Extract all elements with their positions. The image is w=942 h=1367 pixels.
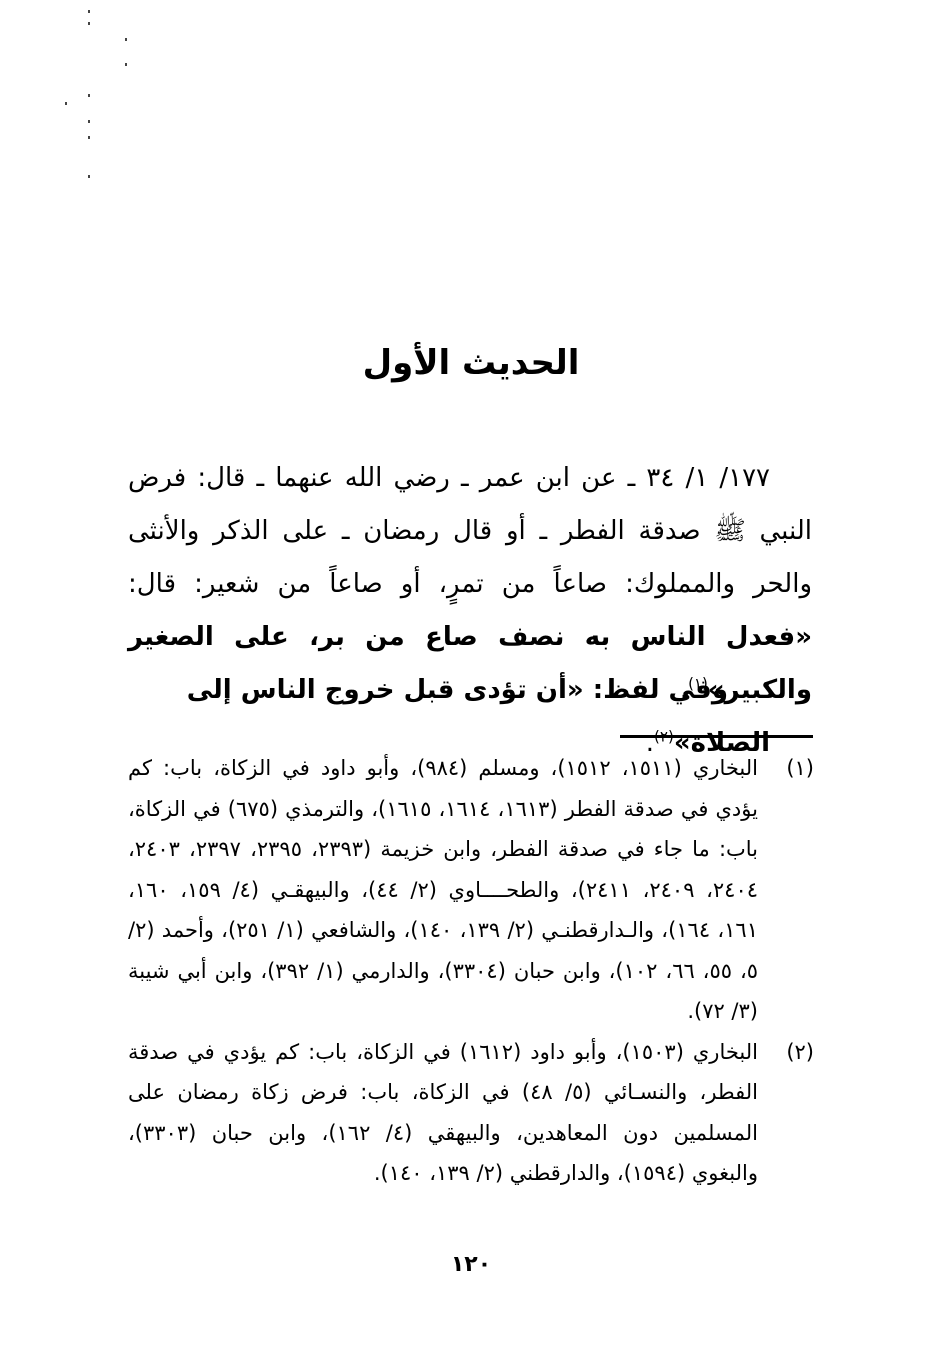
footnote-marker: (١) xyxy=(764,748,814,789)
variant-lead: وفي لفظ: xyxy=(584,675,728,705)
scan-speck xyxy=(88,94,90,97)
scan-speck xyxy=(88,136,90,139)
scan-speck xyxy=(125,38,127,41)
footnote-text: البخاري (١٥٠٣)، وأبو داود (١٦١٢) في الزك… xyxy=(128,1040,758,1186)
footnote-2: (٢) البخاري (١٥٠٣)، وأبو داود (١٦١٢) في … xyxy=(128,1032,814,1194)
scan-speck xyxy=(88,120,90,123)
footnote-1: (١) البخاري (١٥١١، ١٥١٢)، ومسلم (٩٨٤)، و… xyxy=(128,748,814,1032)
book-page: الحديث الأول ١٧٧/ ١/ ٣٤ ـ عن ابن عمر ـ ر… xyxy=(0,0,942,1367)
page-number: ١٢٠ xyxy=(0,1252,942,1277)
hadith-number: ١٧٧/ ١/ ٣٤ xyxy=(646,463,770,493)
scan-speck xyxy=(125,63,127,66)
page-title: الحديث الأول xyxy=(0,341,942,385)
scan-speck xyxy=(65,102,67,105)
footnote-text: البخاري (١٥١١، ١٥١٢)، ومسلم (٩٨٤)، وأبو … xyxy=(128,756,758,1023)
scan-speck xyxy=(88,10,90,13)
scan-speck xyxy=(88,22,90,25)
footnotes: (١) البخاري (١٥١١، ١٥١٢)، ومسلم (٩٨٤)، و… xyxy=(128,748,814,1194)
footnote-divider xyxy=(620,735,813,738)
footnote-marker: (٢) xyxy=(764,1032,814,1073)
scan-speck xyxy=(88,175,90,178)
